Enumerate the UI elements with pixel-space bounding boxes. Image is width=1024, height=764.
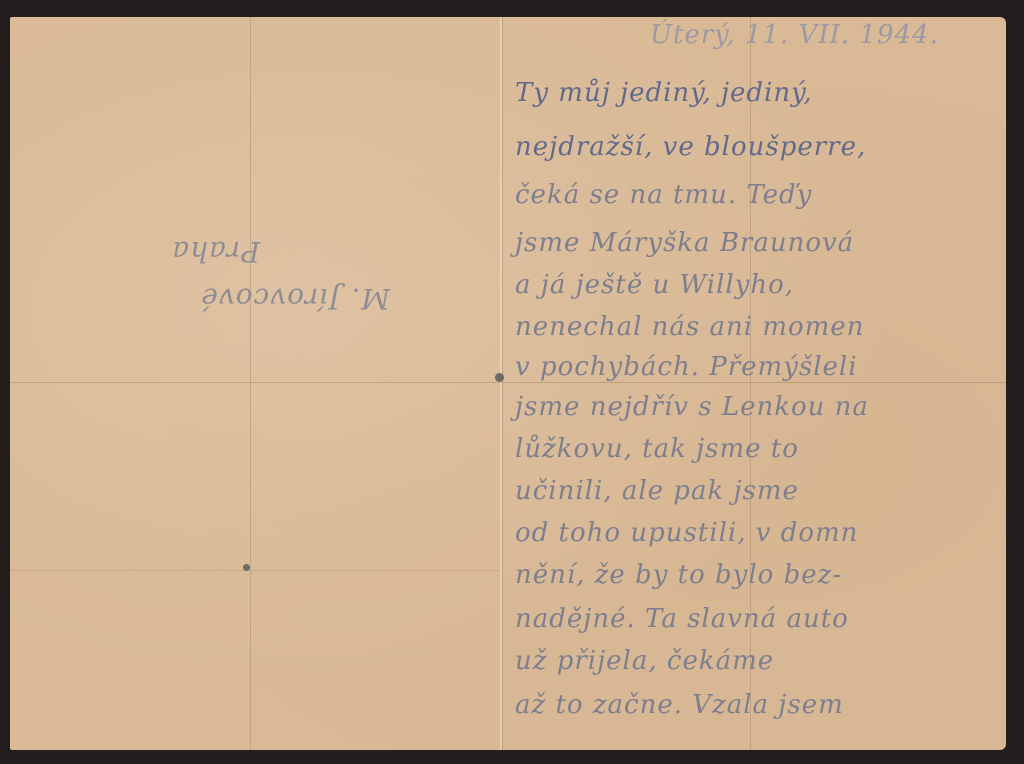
letter-line: nejdražší, ve bloušperre, xyxy=(515,132,866,162)
letter-line: nění, že by to bylo bez- xyxy=(515,560,842,590)
letter-line: v pochybách. Přemýšleli xyxy=(515,352,858,382)
letter-line: jsme nejdřív s Lenkou na xyxy=(515,392,869,422)
letter-line: nadějné. Ta slavná auto xyxy=(515,604,849,634)
fold-line xyxy=(10,570,500,571)
letter-line: lůžkovu, tak jsme to xyxy=(515,434,799,464)
letter-line: už přijela, čekáme xyxy=(515,646,774,676)
letter-line: učinili, ale pak jsme xyxy=(515,476,799,506)
pin-hole xyxy=(243,564,250,571)
fold-line xyxy=(10,382,1006,383)
letter-line: nenechal nás ani momen xyxy=(515,312,864,342)
letter-line: až to začne. Vzala jsem xyxy=(515,690,844,720)
letter-line: jsme Máryška Braunová xyxy=(515,228,854,258)
center-fold xyxy=(500,17,502,750)
address-upside-down: M. Jírovcové Praha xyxy=(70,185,450,315)
address-line: Praha xyxy=(70,235,450,268)
letter-line: a já ještě u Willyho, xyxy=(515,270,794,300)
fold-line xyxy=(750,17,751,750)
letter-date: Úterý, 11. VII. 1944. xyxy=(650,20,939,50)
address-line: M. Jírovcové xyxy=(70,282,450,315)
letter-line: Ty můj jediný, jediný, xyxy=(515,78,813,108)
fold-line xyxy=(250,17,251,750)
letter-paper xyxy=(10,17,1006,750)
letter-line: od toho upustili, v domn xyxy=(515,518,858,548)
letter-line: čeká se na tmu. Teďy xyxy=(515,180,812,210)
pin-hole xyxy=(495,373,504,382)
